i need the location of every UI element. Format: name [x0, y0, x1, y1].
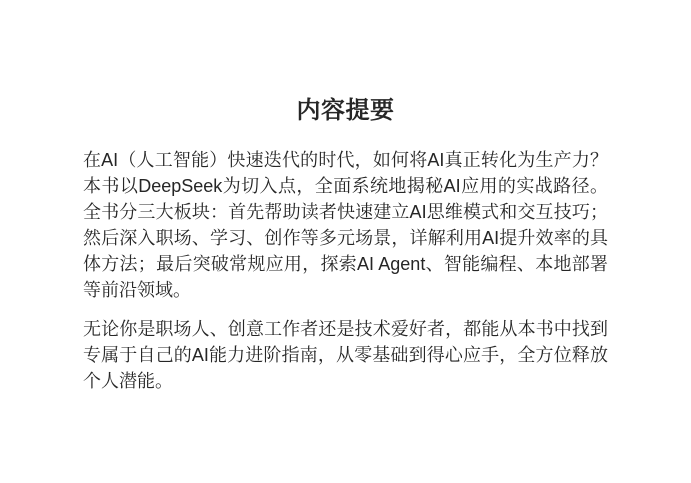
ebook-page: 内容提要 在AI（人工智能）快速迭代的时代，如何将AI真正转化为生产力？本书以D… — [0, 0, 691, 483]
page-content: 内容提要 在AI（人工智能）快速迭代的时代，如何将AI真正转化为生产力？本书以D… — [83, 96, 608, 394]
paragraph-2: 无论你是职场人、创意工作者还是技术爱好者，都能从本书中找到专属于自己的AI能力进… — [83, 316, 608, 394]
paragraph-1: 在AI（人工智能）快速迭代的时代，如何将AI真正转化为生产力？本书以DeepSe… — [83, 147, 608, 303]
section-title: 内容提要 — [83, 96, 608, 126]
